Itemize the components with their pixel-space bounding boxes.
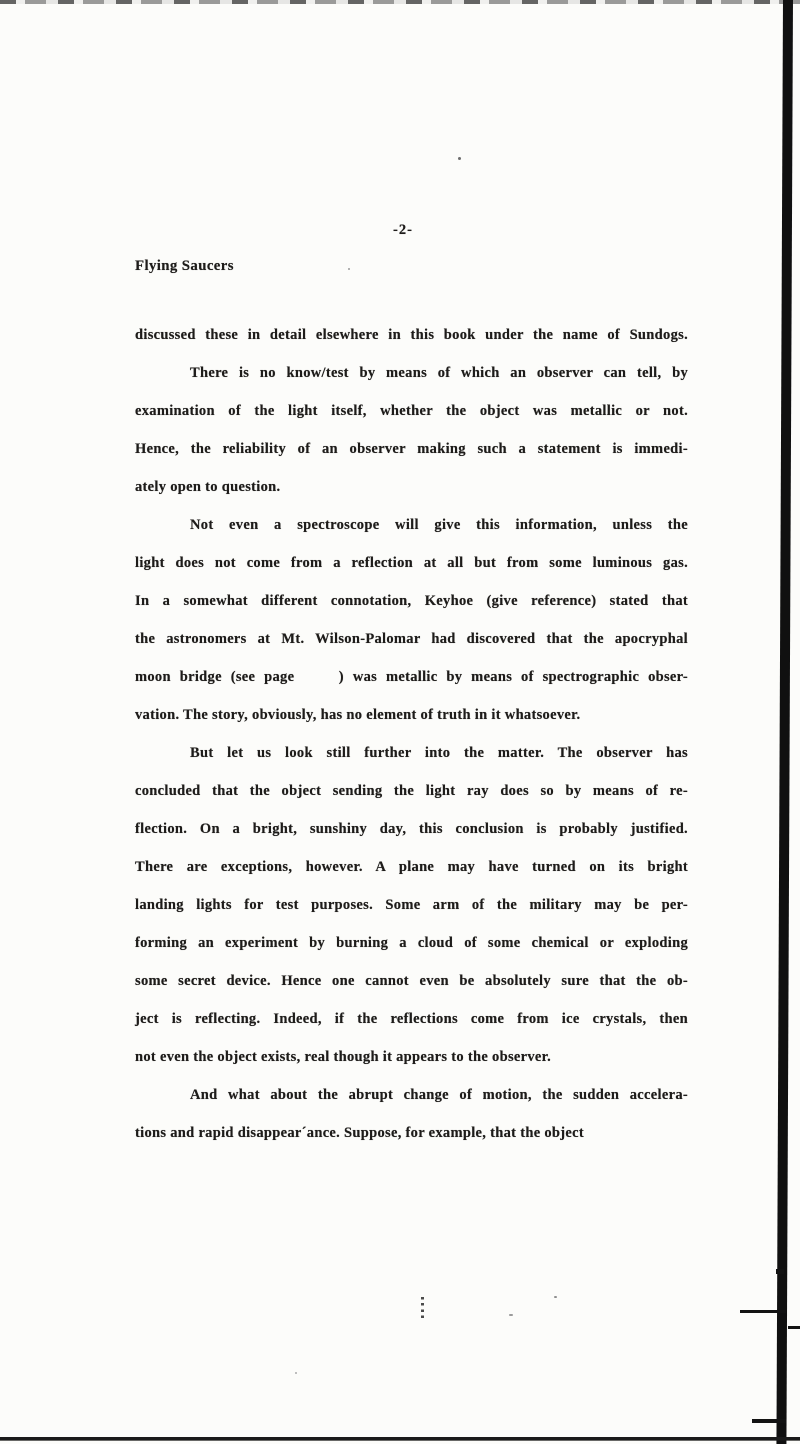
text-line: forming an experiment by burning a cloud…: [135, 924, 688, 962]
scan-edge-bottom: [0, 1437, 800, 1441]
scan-bar-right: [776, 0, 793, 1444]
text-line: examination of the light itself, whether…: [135, 392, 688, 430]
scan-tick-left-lower: [752, 1419, 786, 1423]
text-line: the astronomers at Mt. Wilson-Palomar ha…: [135, 620, 688, 658]
scan-speck: [554, 1296, 557, 1298]
scan-tick-left-upper: [740, 1310, 786, 1313]
document-body: discussed these in detail elsewhere in t…: [135, 316, 688, 1152]
text-line: discussed these in detail elsewhere in t…: [135, 316, 688, 354]
text-line: ject is reflecting. Indeed, if the refle…: [135, 1000, 688, 1038]
scan-dotted-mark: [421, 1297, 424, 1320]
text-line: tions and rapid disappear´ance. Suppose,…: [135, 1114, 688, 1152]
text-line: But let us look still further into the m…: [135, 734, 688, 772]
scan-bar-notch: [776, 1269, 784, 1274]
scan-speck: [509, 1314, 513, 1316]
scanned-document-page: -2- Flying Saucers discussed these in de…: [0, 0, 800, 1444]
text-line: And what about the abrupt change of moti…: [135, 1076, 688, 1114]
scan-speck: [458, 157, 461, 160]
text-line: ately open to question.: [135, 468, 688, 506]
text-line: not even the object exists, real though …: [135, 1038, 688, 1076]
text-line: some secret device. Hence one cannot eve…: [135, 962, 688, 1000]
running-header: Flying Saucers: [135, 258, 234, 275]
text-line: light does not come from a reflection at…: [135, 544, 688, 582]
text-line: In a somewhat different connotation, Key…: [135, 582, 688, 620]
text-line: vation. The story, obviously, has no ele…: [135, 696, 688, 734]
text-line: There are exceptions, however. A plane m…: [135, 848, 688, 886]
scan-tick-right: [788, 1326, 800, 1329]
text-line: moon bridge (see page ) was metallic by …: [135, 658, 688, 696]
text-line: There is no know/test by means of which …: [135, 354, 688, 392]
text-line: flection. On a bright, sunshiny day, thi…: [135, 810, 688, 848]
text-line: concluded that the object sending the li…: [135, 772, 688, 810]
text-line: Hence, the reliability of an observer ma…: [135, 430, 688, 468]
scan-speck: [295, 1372, 297, 1374]
scan-edge-top: [0, 0, 800, 4]
scan-speck: [348, 268, 350, 270]
text-line: landing lights for test purposes. Some a…: [135, 886, 688, 924]
text-line: Not even a spectroscope will give this i…: [135, 506, 688, 544]
page-number: -2-: [128, 222, 678, 239]
